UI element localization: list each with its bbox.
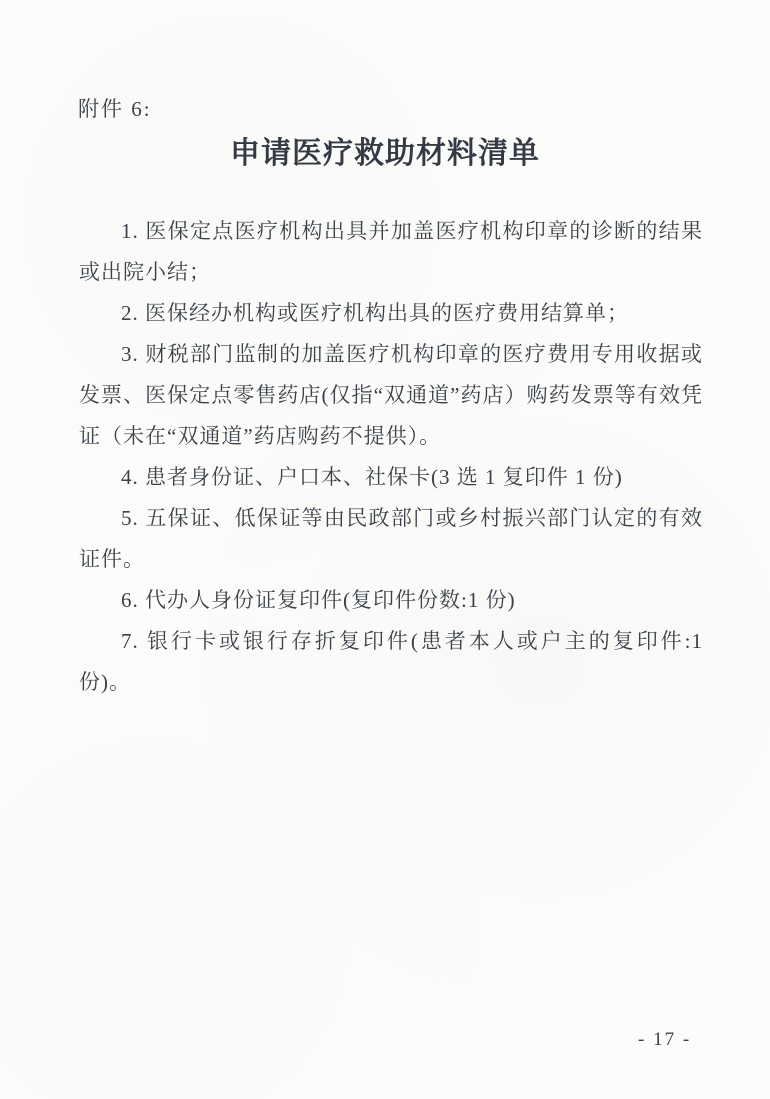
list-item-5: 5. 五保证、低保证等由民政部门或乡村振兴部门认定的有效证件。	[79, 498, 703, 580]
scanned-document-page: 附件 6: 申请医疗救助材料清单 1. 医保定点医疗机构出具并加盖医疗机构印章的…	[0, 0, 770, 1099]
list-item-3: 3. 财税部门监制的加盖医疗机构印章的医疗费用专用收据或发票、医保定点零售药店(…	[79, 334, 703, 457]
list-item-2: 2. 医保经办机构或医疗机构出具的医疗费用结算单；	[79, 293, 703, 334]
list-item-6: 6. 代办人身份证复印件(复印件份数:1 份)	[79, 580, 703, 621]
list-item-7: 7. 银行卡或银行存折复印件(患者本人或户主的复印件:1 份)。	[79, 621, 703, 703]
attachment-label: 附件 6:	[78, 93, 152, 123]
document-title: 申请医疗救助材料清单	[0, 128, 770, 172]
list-item-4: 4. 患者身份证、户口本、社保卡(3 选 1 复印件 1 份)	[79, 457, 703, 498]
list-item-1: 1. 医保定点医疗机构出具并加盖医疗机构印章的诊断的结果或出院小结；	[79, 211, 703, 293]
page-number: - 17 -	[638, 1029, 691, 1051]
material-list: 1. 医保定点医疗机构出具并加盖医疗机构印章的诊断的结果或出院小结； 2. 医保…	[79, 211, 703, 703]
